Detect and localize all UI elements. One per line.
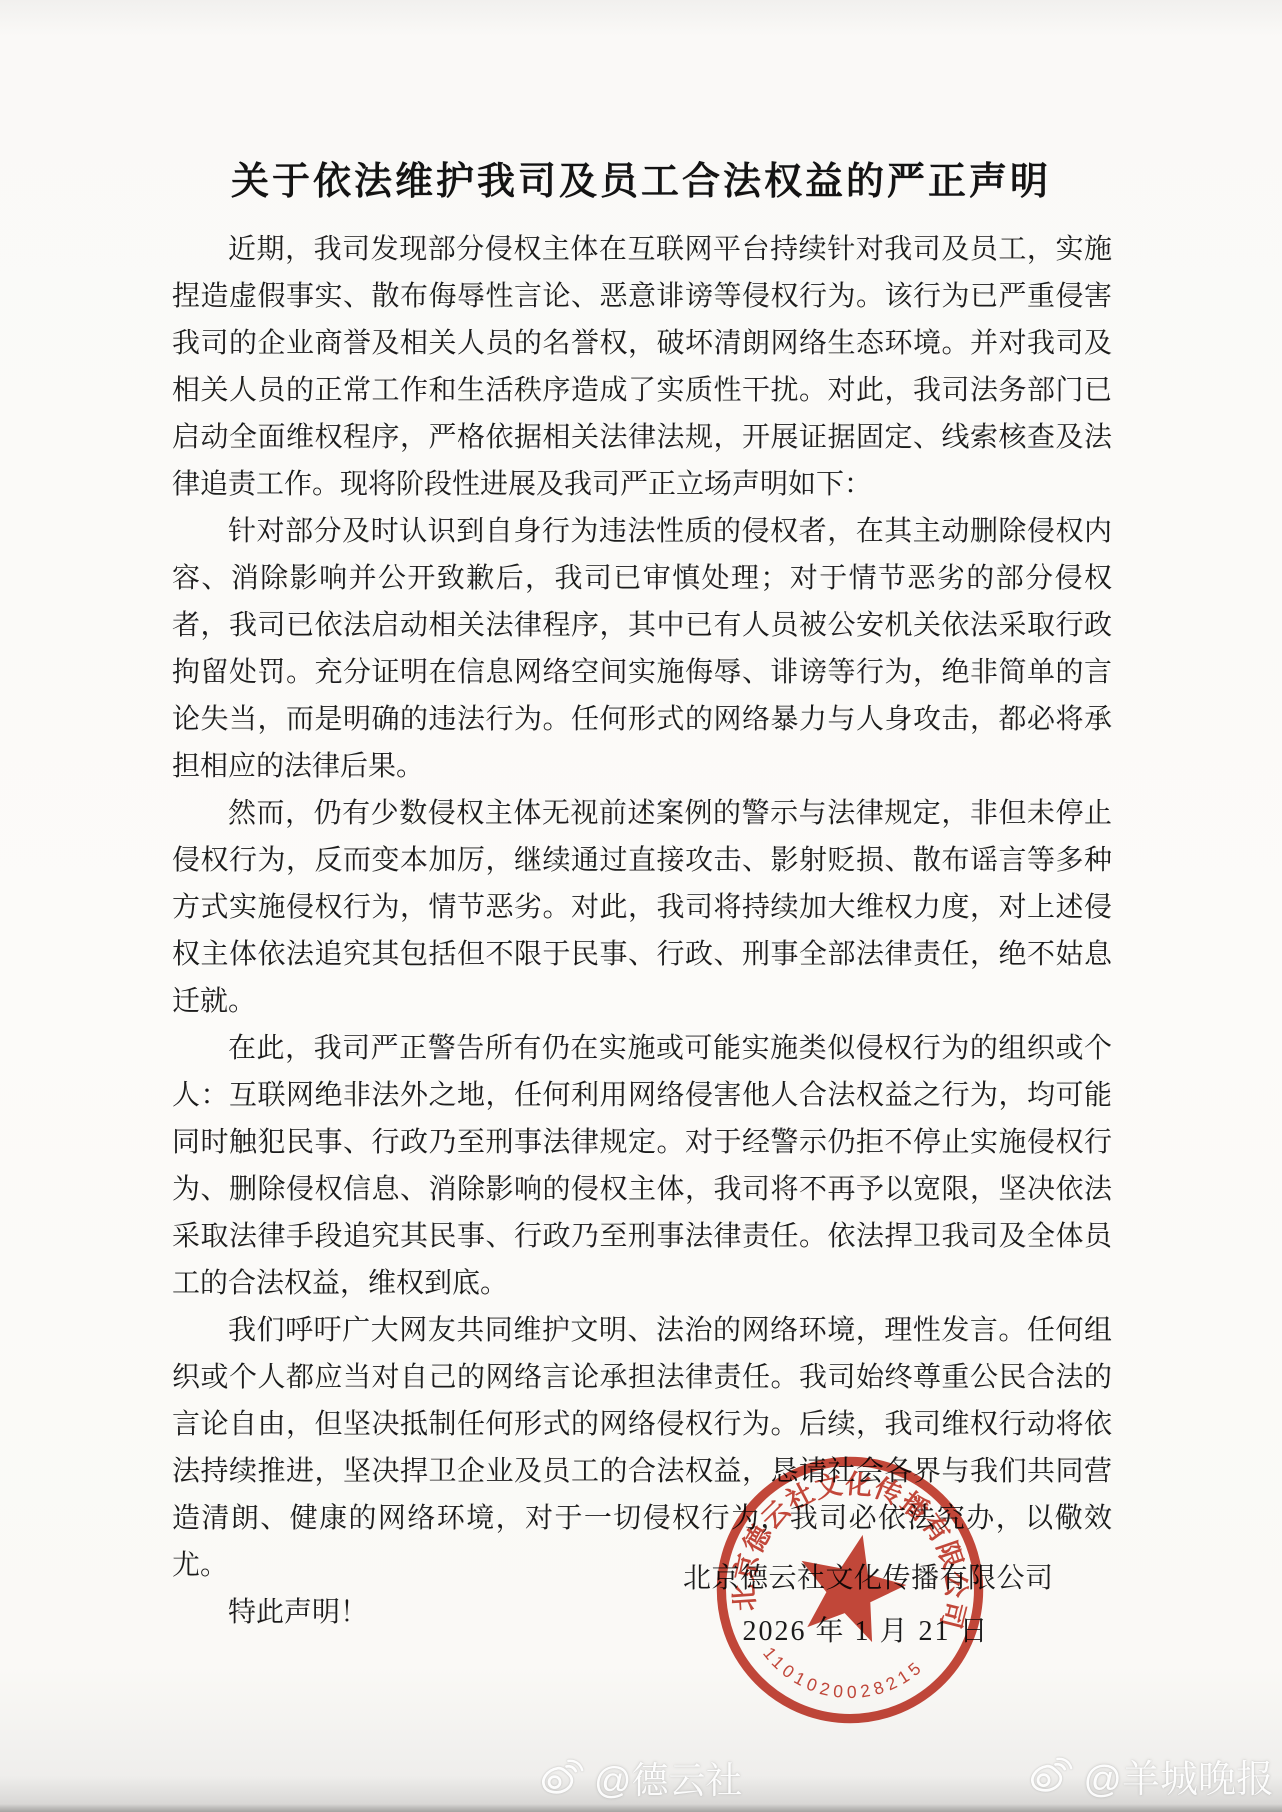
photo-bottom-edge bbox=[0, 1804, 1282, 1812]
watermark-yangcheng-label: @羊城晚报 bbox=[1083, 1748, 1274, 1803]
statement-photo: 关于依法维护我司及员工合法权益的严正声明 近期，我司发现部分侵权主体在互联网平台… bbox=[0, 0, 1282, 1812]
company-seal-stamp: 北京德云社文化传播有限公司 1101020028215 bbox=[694, 1434, 1006, 1746]
weibo-icon bbox=[538, 1758, 584, 1797]
watermark-yangcheng-evening-news: @羊城晚报 bbox=[1027, 1748, 1274, 1803]
statement-paragraph-3: 然而，仍有少数侵权主体无视前述案例的警示与法律规定，非但未停止侵权行为，反而变本… bbox=[172, 790, 1112, 1025]
statement-paragraph-2: 针对部分及时认识到自身行为违法性质的侵权者，在其主动删除侵权内容、消除影响并公开… bbox=[172, 508, 1112, 790]
watermark-deyunshe-label: @德云社 bbox=[594, 1750, 743, 1804]
statement-title: 关于依法维护我司及员工合法权益的严正声明 bbox=[0, 150, 1282, 205]
watermark-deyunshe: @德云社 bbox=[538, 1750, 743, 1804]
statement-body: 近期，我司发现部分侵权主体在互联网平台持续针对我司及员工，实施捏造虚假事实、散布… bbox=[172, 226, 1112, 1636]
weibo-icon bbox=[1027, 1756, 1073, 1795]
statement-paragraph-4: 在此，我司严正警告所有仍在实施或可能实施类似侵权行为的组织或个人：互联网绝非法外… bbox=[172, 1025, 1112, 1307]
seal-star-icon bbox=[795, 1530, 910, 1645]
statement-paragraph-1: 近期，我司发现部分侵权主体在互联网平台持续针对我司及员工，实施捏造虚假事实、散布… bbox=[172, 226, 1112, 508]
